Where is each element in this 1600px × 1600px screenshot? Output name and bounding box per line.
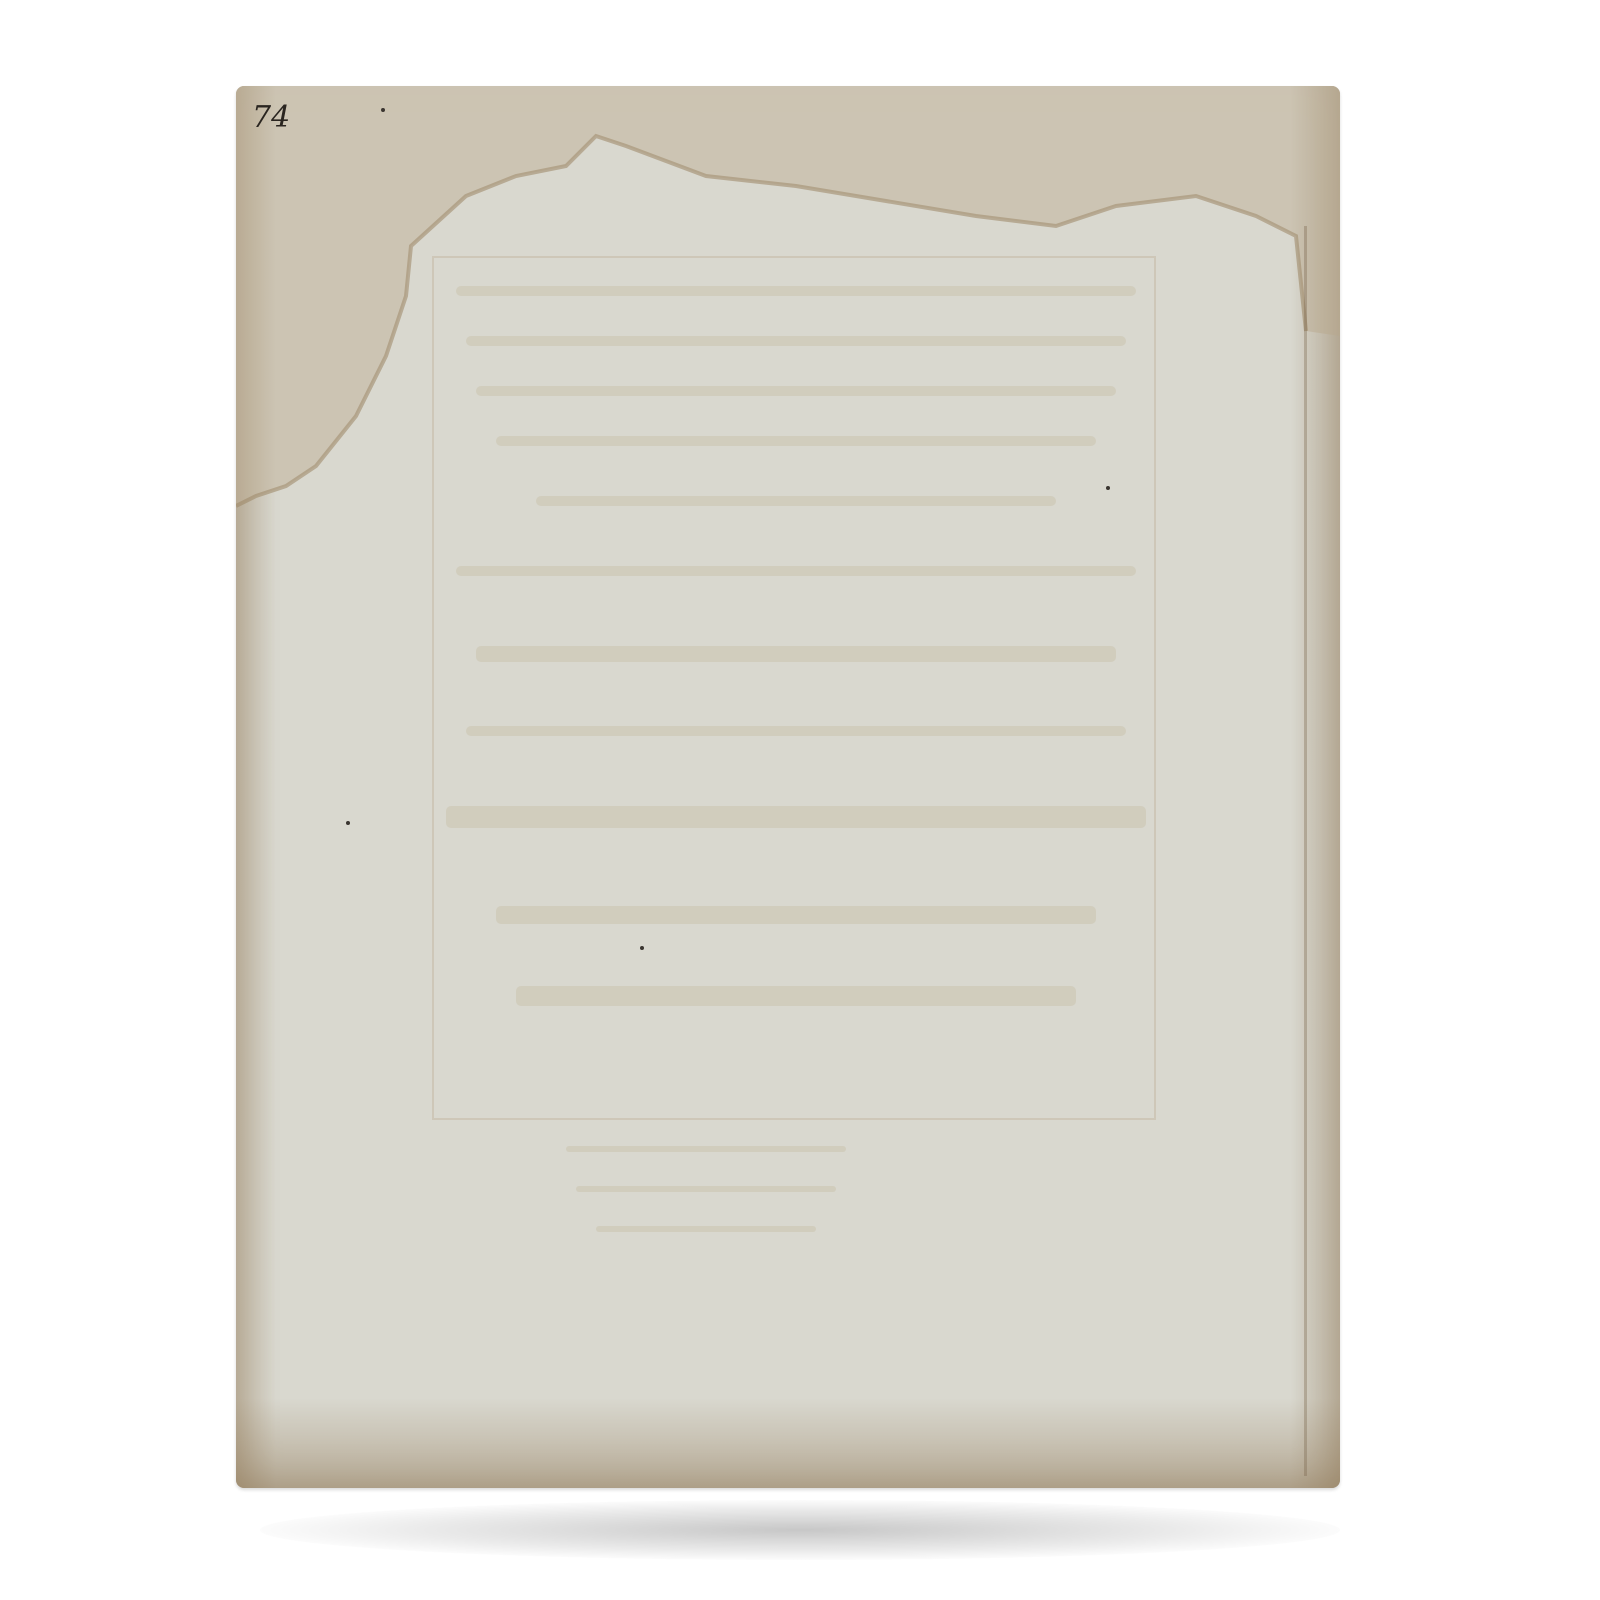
show-through-line	[596, 1226, 816, 1232]
show-through-line	[446, 806, 1146, 828]
right-fold-line	[1304, 226, 1307, 1476]
show-through-line	[466, 336, 1126, 346]
show-through-line	[456, 286, 1136, 296]
show-through-line	[536, 496, 1056, 506]
left-edge-tone	[236, 86, 276, 1488]
show-through-line	[516, 986, 1076, 1006]
show-through-line	[576, 1186, 836, 1192]
bottom-edge-tone	[236, 1398, 1340, 1488]
show-through-line	[496, 906, 1096, 924]
paper-sheet: 74	[236, 86, 1340, 1488]
show-through-line	[496, 436, 1096, 446]
handwritten-page-number: 74	[252, 100, 290, 135]
show-through-line	[466, 726, 1126, 736]
sheet-shadow	[260, 1500, 1340, 1560]
ink-speck	[1106, 486, 1110, 490]
ink-speck	[346, 821, 350, 825]
right-edge-tone	[1290, 86, 1340, 1488]
show-through-line	[476, 386, 1116, 396]
show-through-line	[476, 646, 1116, 662]
ink-speck	[381, 108, 385, 112]
ink-speck	[640, 946, 644, 950]
show-through-line	[566, 1146, 846, 1152]
show-through-line	[456, 566, 1136, 576]
